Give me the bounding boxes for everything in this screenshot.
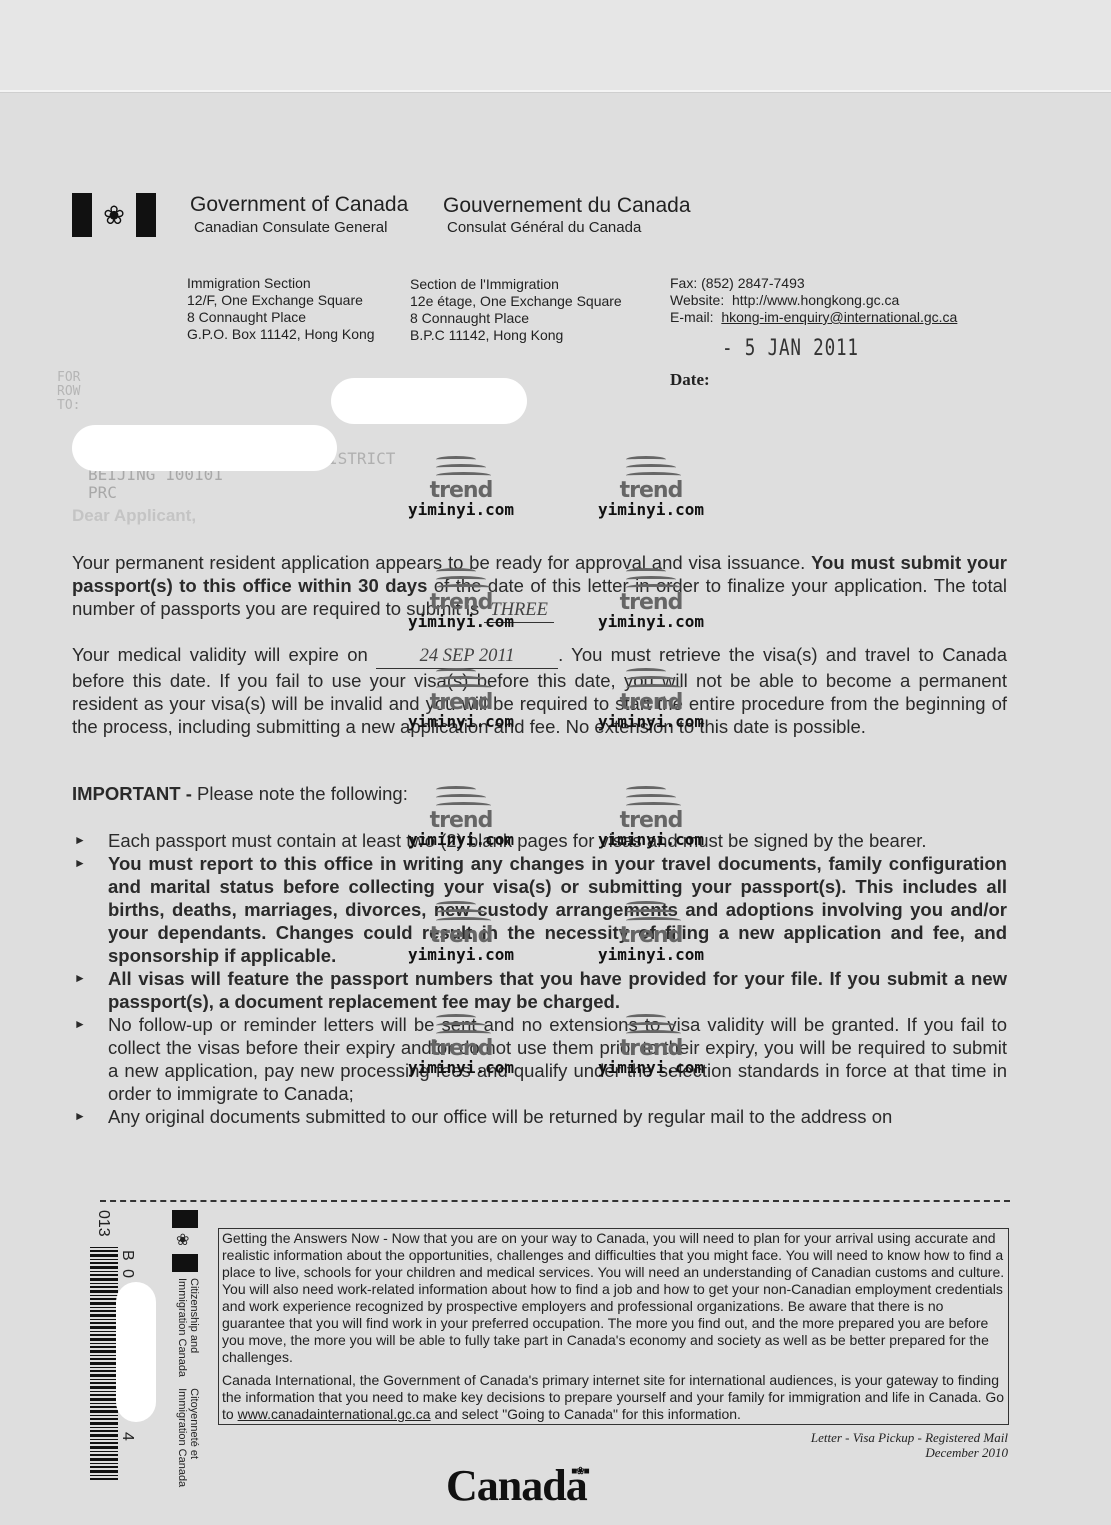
watermark: trendyiminyi.com — [586, 450, 716, 518]
watermark-site: yiminyi.com — [586, 502, 716, 518]
watermark-brand: trend — [586, 810, 716, 832]
department-en: Citizenship andImmigration Canada — [176, 1278, 200, 1377]
bullet-arrow-icon: ► — [74, 1105, 86, 1128]
bullet-arrow-icon: ► — [74, 852, 86, 875]
list-item: ►All visas will feature the passport num… — [72, 967, 1007, 1013]
website-row: Website: http://www.hongkong.gc.ca — [670, 292, 957, 309]
info-paragraph-answers: Getting the Answers Now - Now that you a… — [222, 1230, 1005, 1366]
important-text: Please note the following: — [192, 783, 408, 804]
bullet-arrow-icon: ► — [74, 967, 86, 990]
watermark-brand: trend — [586, 592, 716, 614]
email-label: E-mail: — [670, 309, 714, 325]
swoosh-icon — [396, 562, 526, 592]
website-link[interactable]: http://www.hongkong.gc.ca — [732, 292, 899, 308]
watermark-brand: trend — [396, 1038, 526, 1060]
watermark: trendyiminyi.com — [586, 780, 716, 848]
recipient-line: ROW — [57, 385, 80, 399]
watermark-brand: trend — [586, 925, 716, 947]
paper-top-flap — [0, 0, 1111, 92]
org-name-en: Government of Canada — [190, 193, 408, 217]
fold-line — [0, 90, 1111, 93]
barcode-code: 013 — [94, 1210, 112, 1250]
address-line: G.P.O. Box 11142, Hong Kong — [187, 326, 375, 343]
watermark-brand: trend — [586, 480, 716, 502]
important-list: ►Each passport must contain at least two… — [72, 829, 1007, 1128]
recipient-prefix: FOR ROW TO: — [57, 371, 80, 413]
watermark: trendyiminyi.com — [396, 450, 526, 518]
text: Your medical validity will expire on — [72, 644, 376, 665]
department-fr: Citoyenneté etImmigration Canada — [176, 1388, 200, 1487]
swoosh-icon — [586, 895, 716, 925]
swoosh-icon — [586, 662, 716, 692]
paragraph-medical: Your medical validity will expire on 24 … — [72, 643, 1007, 738]
info-paragraph-canada-international: Canada International, the Government of … — [222, 1372, 1005, 1423]
dept-line: Citoyenneté et — [188, 1388, 200, 1459]
redaction — [116, 1282, 156, 1422]
watermark-brand: trend — [396, 925, 526, 947]
swoosh-icon — [586, 562, 716, 592]
address-line: 12e étage, One Exchange Square — [410, 293, 622, 310]
info-box: Getting the Answers Now - Now that you a… — [218, 1228, 1009, 1425]
swoosh-icon — [586, 1008, 716, 1038]
cic-flag-icon: ❀ — [172, 1210, 198, 1272]
recipient-line: TO: — [57, 399, 80, 413]
address-line: 12/F, One Exchange Square — [187, 292, 375, 309]
swoosh-icon — [586, 780, 716, 810]
email-row: E-mail: hkong-im-enquiry@international.g… — [670, 309, 957, 326]
watermark-site: yiminyi.com — [586, 1060, 716, 1076]
list-item: ►Any original documents submitted to our… — [72, 1105, 1007, 1128]
redaction — [72, 425, 337, 471]
list-item: ►You must report to this office in writi… — [72, 852, 1007, 967]
watermark-site: yiminyi.com — [586, 614, 716, 630]
date-stamp: - 5 JAN 2011 — [722, 336, 859, 361]
barcode-letters: B 0 — [118, 1250, 136, 1280]
bullet-arrow-icon: ► — [74, 829, 86, 852]
list-item-text: You must report to this office in writin… — [108, 853, 1007, 966]
barcode-end-digit: 4 — [118, 1432, 136, 1441]
watermark-site: yiminyi.com — [396, 947, 526, 963]
address-line: Immigration Section — [187, 275, 375, 292]
address-line: 8 Connaught Place — [187, 309, 375, 326]
watermark: trendyiminyi.com — [396, 895, 526, 963]
address-line: B.P.C 11142, Hong Kong — [410, 327, 622, 344]
watermark: trendyiminyi.com — [586, 1008, 716, 1076]
watermark-site: yiminyi.com — [396, 502, 526, 518]
date-label: Date: — [670, 370, 710, 390]
website-label: Website: — [670, 292, 724, 308]
watermark: trendyiminyi.com — [396, 662, 526, 730]
fax: Fax: (852) 2847-7493 — [670, 275, 957, 292]
list-item: ►Each passport must contain at least two… — [72, 829, 1007, 852]
list-item-text: Any original documents submitted to our … — [108, 1106, 892, 1127]
watermark-brand: trend — [396, 592, 526, 614]
watermark-site: yiminyi.com — [396, 1060, 526, 1076]
mini-flag-icon: ■❀■ — [571, 1466, 588, 1477]
watermark-brand: trend — [396, 810, 526, 832]
recipient-city: BEIJING 100101 PRC — [88, 466, 223, 502]
recipient-line: FOR — [57, 371, 80, 385]
address-line: 8 Connaught Place — [410, 310, 622, 327]
greeting: Dear Applicant, — [72, 506, 196, 526]
text: and select "Going to Canada" for this in… — [431, 1406, 741, 1422]
address-en: Immigration Section 12/F, One Exchange S… — [187, 275, 375, 343]
swoosh-icon — [396, 450, 526, 480]
address-line: Section de l'Immigration — [410, 276, 622, 293]
watermark-brand: trend — [586, 1038, 716, 1060]
canadainternational-link[interactable]: www.canadainternational.gc.ca — [238, 1406, 431, 1422]
tear-off-separator — [100, 1200, 1010, 1202]
watermark-brand: trend — [586, 692, 716, 714]
contact-info: Fax: (852) 2847-7493 Website: http://www… — [670, 275, 957, 326]
canada-flag-icon: ❀ — [72, 193, 156, 237]
list-item-text: All visas will feature the passport numb… — [108, 968, 1007, 1012]
watermark-brand: trend — [396, 692, 526, 714]
watermark-brand: trend — [396, 480, 526, 502]
watermark: trendyiminyi.com — [396, 780, 526, 848]
watermark: trendyiminyi.com — [396, 1008, 526, 1076]
office-name-en: Canadian Consulate General — [194, 219, 387, 236]
wordmark-text: Canada — [446, 1461, 587, 1510]
watermark-site: yiminyi.com — [586, 714, 716, 730]
watermark-site: yiminyi.com — [396, 714, 526, 730]
swoosh-icon — [396, 662, 526, 692]
dept-line: Immigration Canada — [176, 1388, 188, 1487]
canada-wordmark: Canada■❀■ — [446, 1460, 587, 1511]
important-label: IMPORTANT - — [72, 783, 192, 804]
important-heading: IMPORTANT - Please note the following: — [72, 783, 408, 805]
form-reference: Letter - Visa Pickup - Registered Mail D… — [700, 1430, 1008, 1460]
dept-line: Citizenship and — [188, 1278, 200, 1353]
paragraph-submission: Your permanent resident application appe… — [72, 551, 1007, 623]
watermark: trendyiminyi.com — [586, 562, 716, 630]
email-link[interactable]: hkong-im-enquiry@international.gc.ca — [721, 309, 957, 325]
department-name: Citizenship andImmigration Canada Citoye… — [176, 1278, 200, 1495]
watermark-site: yiminyi.com — [396, 832, 526, 848]
swoosh-icon — [586, 450, 716, 480]
recipient-line: PRC — [88, 484, 223, 502]
recipient-district: ISTRICT — [328, 452, 395, 466]
list-item: ►No follow-up or reminder letters will b… — [72, 1013, 1007, 1105]
swoosh-icon — [396, 895, 526, 925]
bullet-arrow-icon: ► — [74, 1013, 86, 1036]
barcode — [90, 1245, 118, 1480]
form-reference-date: December 2010 — [700, 1445, 1008, 1460]
office-name-fr: Consulat Général du Canada — [447, 219, 641, 236]
list-item-text: No follow-up or reminder letters will be… — [108, 1014, 1007, 1104]
watermark: trendyiminyi.com — [586, 662, 716, 730]
form-reference-title: Letter - Visa Pickup - Registered Mail — [700, 1430, 1008, 1445]
org-name-fr: Gouvernement du Canada — [443, 194, 691, 218]
watermark-site: yiminyi.com — [586, 947, 716, 963]
watermark-site: yiminyi.com — [396, 614, 526, 630]
swoosh-icon — [396, 1008, 526, 1038]
watermark-site: yiminyi.com — [586, 832, 716, 848]
watermark: trendyiminyi.com — [586, 895, 716, 963]
redaction — [331, 378, 527, 424]
address-fr: Section de l'Immigration 12e étage, One … — [410, 276, 622, 344]
watermark: trendyiminyi.com — [396, 562, 526, 630]
dept-line: Immigration Canada — [176, 1278, 188, 1377]
swoosh-icon — [396, 780, 526, 810]
